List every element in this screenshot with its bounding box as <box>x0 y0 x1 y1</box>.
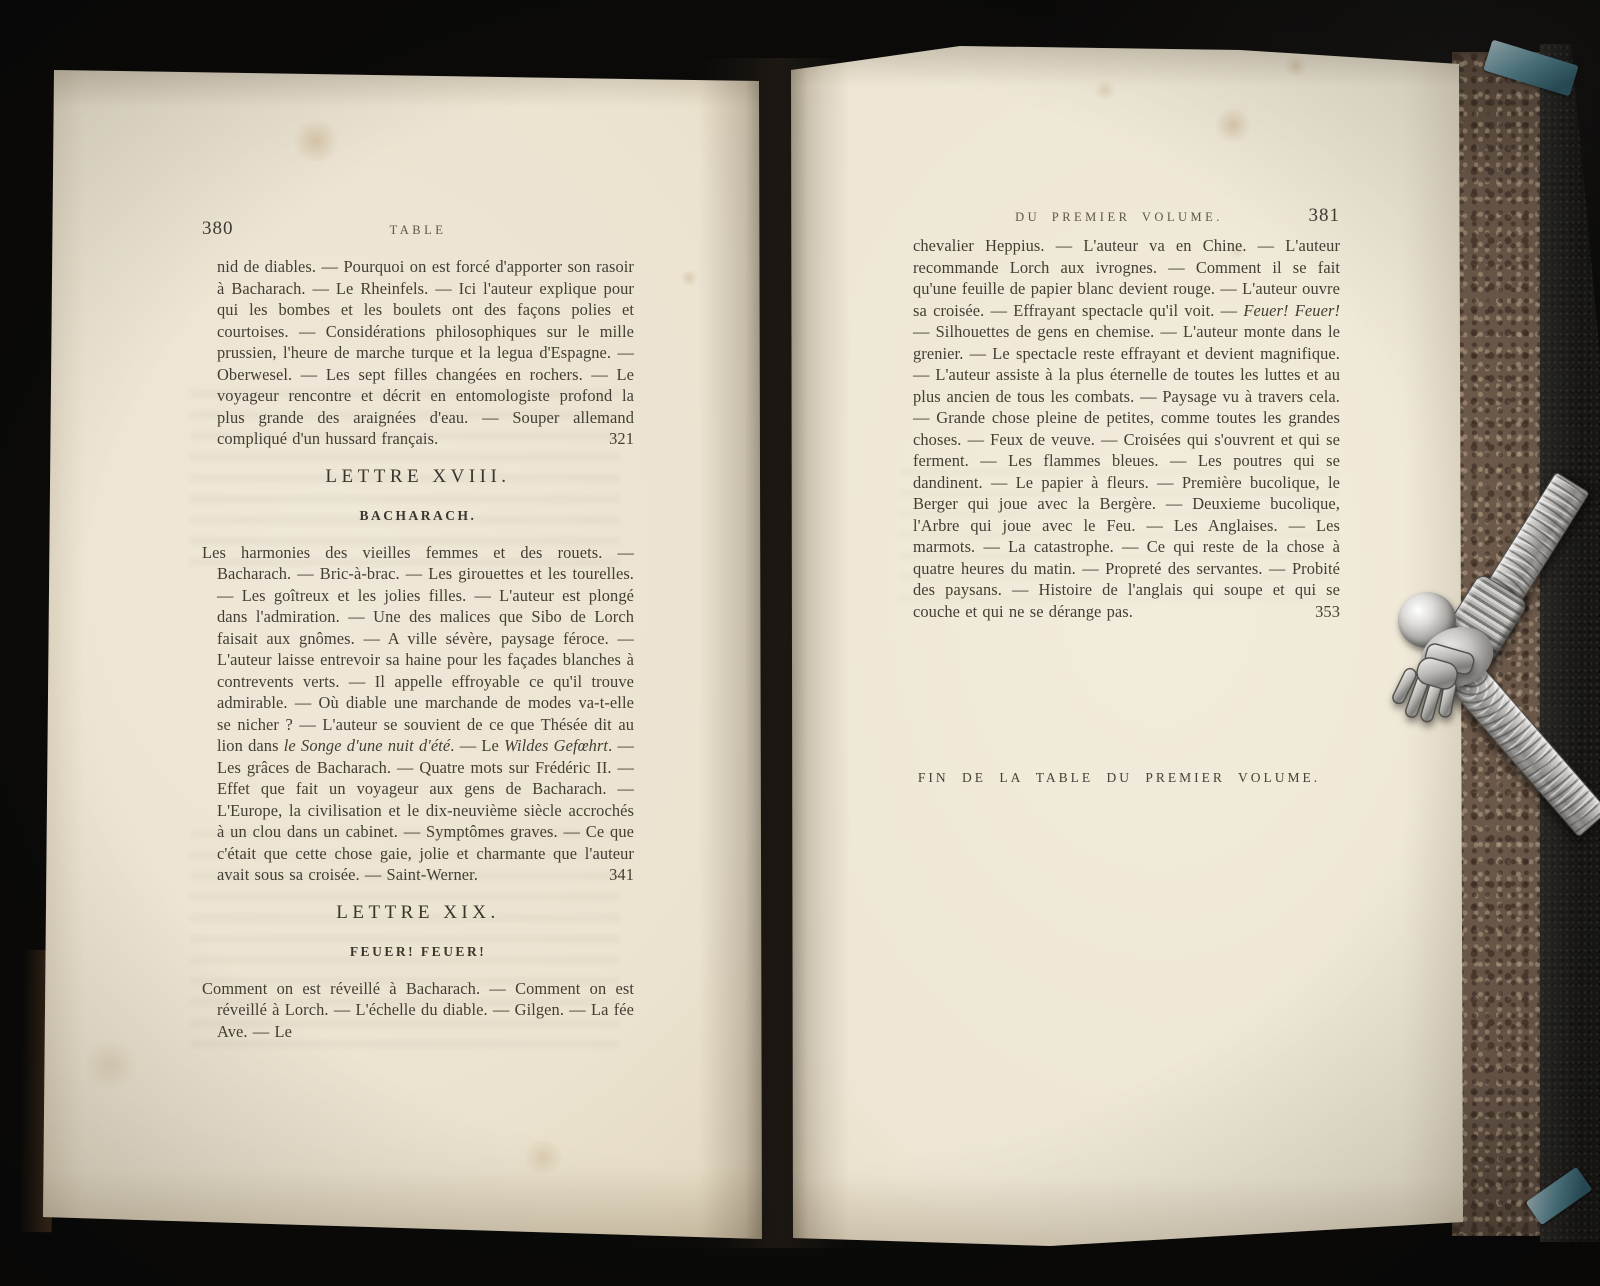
toc-entry-text: nid de diables. — Pourquoi on est forcé … <box>217 257 634 448</box>
page-ref: 321 <box>609 428 634 450</box>
book-cover-board <box>1452 44 1600 1242</box>
foxing-spot <box>290 120 342 162</box>
right-page-header: DU PREMIER VOLUME. 381 <box>898 205 1340 227</box>
letter-subheading-bacharach: BACHARACH. <box>202 508 634 524</box>
running-header-left: TABLE <box>272 223 564 238</box>
foxing-spot <box>1213 108 1253 142</box>
leather-cover-edge <box>1540 44 1600 1242</box>
letter-heading-xviii: LETTRE XVIII. <box>202 466 634 488</box>
toc-entry: Comment on est réveillé à Bacharach. — C… <box>202 978 634 1043</box>
foxing-spot <box>1093 80 1117 100</box>
toc-entry: Les harmonies des vieilles femmes et des… <box>202 542 634 886</box>
right-page-text: DU PREMIER VOLUME. 381 chevalier Heppius… <box>898 205 1340 786</box>
toc-entry-continuation: nid de diables. — Pourquoi on est forcé … <box>202 256 634 450</box>
left-page-text: 380 TABLE nid de diables. — Pourquoi on … <box>202 218 634 1042</box>
foxing-spot <box>80 1040 140 1090</box>
foxing-spot <box>520 1140 566 1174</box>
page-ref: 353 <box>1315 601 1340 623</box>
page-number-left: 380 <box>202 218 272 240</box>
letter-subheading-feuer: FEUER! FEUER! <box>202 944 634 960</box>
open-book-photo: 380 TABLE nid de diables. — Pourquoi on … <box>0 0 1600 1286</box>
letter-heading-xix: LETTRE XIX. <box>202 902 634 924</box>
toc-entry-text: Les harmonies des vieilles femmes et des… <box>202 543 634 885</box>
marbled-board <box>1452 52 1546 1236</box>
page-ref: 341 <box>609 864 634 886</box>
foxing-spot <box>680 270 698 286</box>
foxing-spot <box>1283 56 1309 76</box>
page-number-right: 381 <box>1270 205 1340 227</box>
left-page-header: 380 TABLE <box>202 218 634 240</box>
right-page: DU PREMIER VOLUME. 381 chevalier Heppius… <box>783 38 1465 1250</box>
toc-entry-text: Comment on est réveillé à Bacharach. — C… <box>202 979 634 1041</box>
fin-line: FIN DE LA TABLE DU PREMIER VOLUME. <box>898 770 1340 786</box>
running-header-right: DU PREMIER VOLUME. <box>968 210 1270 225</box>
toc-entry-continuation: chevalier Heppius. — L'auteur va en Chin… <box>898 235 1340 622</box>
left-page: 380 TABLE nid de diables. — Pourquoi on … <box>40 60 762 1240</box>
toc-entry-text: chevalier Heppius. — L'auteur va en Chin… <box>913 236 1340 621</box>
